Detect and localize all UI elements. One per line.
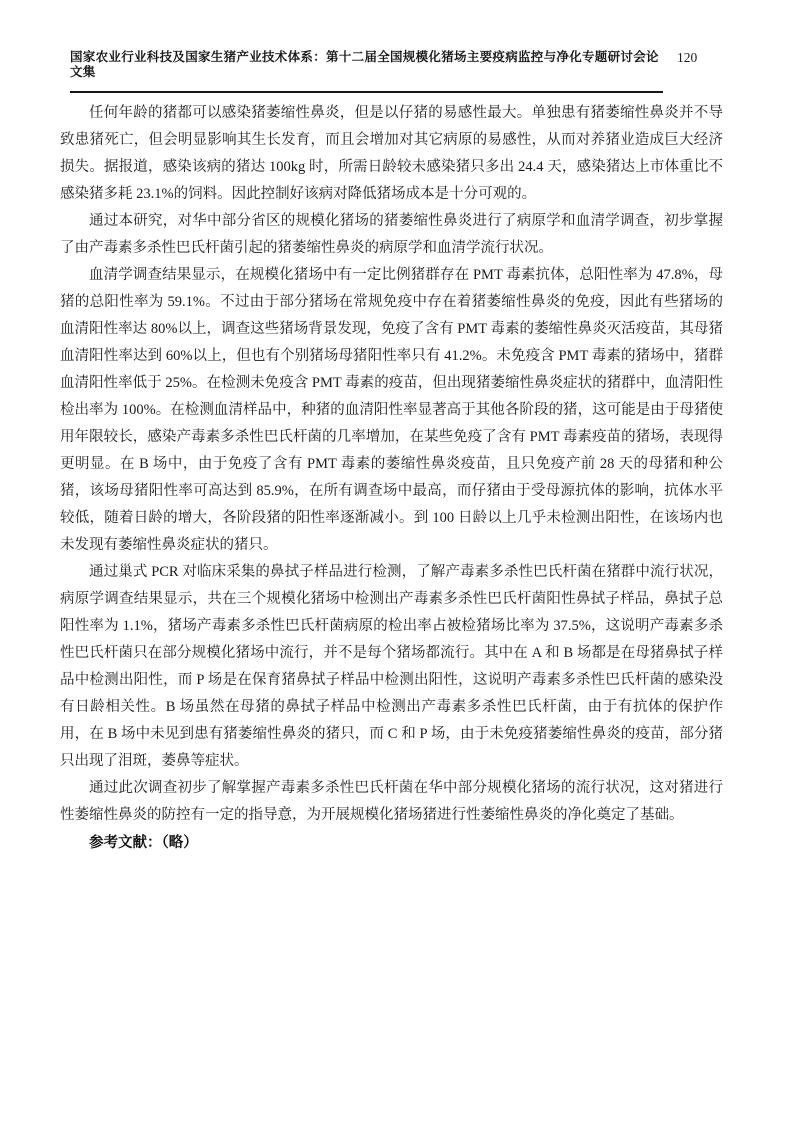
document-page: 国家农业行业科技及国家生猪产业技术体系：第十二届全国规模化猪场主要疫病监控与净化… [0, 0, 793, 1122]
paragraph-3: 血清学调查结果显示，在规模化猪场中有一定比例猪群存在 PMT 毒素抗体，总阳性率… [60, 262, 723, 559]
page-number: 120 [663, 50, 723, 65]
paragraph-5: 通过此次调查初步了解掌握产毒素多杀性巴氏杆菌在华中部分规模化猪场的流行状况，这对… [60, 775, 723, 829]
document-body: 任何年龄的猪都可以感染猪萎缩性鼻炎，但是以仔猪的易感性最大。单独患有猪萎缩性鼻炎… [60, 100, 723, 858]
references-heading: 参考文献：（略） [60, 829, 723, 858]
page-header: 国家农业行业科技及国家生猪产业技术体系：第十二届全国规模化猪场主要疫病监控与净化… [70, 50, 723, 93]
paragraph-1: 任何年龄的猪都可以感染猪萎缩性鼻炎，但是以仔猪的易感性最大。单独患有猪萎缩性鼻炎… [60, 100, 723, 208]
paragraph-4: 通过巢式 PCR 对临床采集的鼻拭子样品进行检测，了解产毒素多杀性巴氏杆菌在猪群… [60, 559, 723, 775]
header-title: 国家农业行业科技及国家生猪产业技术体系：第十二届全国规模化猪场主要疫病监控与净化… [70, 50, 663, 93]
paragraph-2: 通过本研究，对华中部分省区的规模化猪场的猪萎缩性鼻炎进行了病原学和血清学调查，初… [60, 208, 723, 262]
